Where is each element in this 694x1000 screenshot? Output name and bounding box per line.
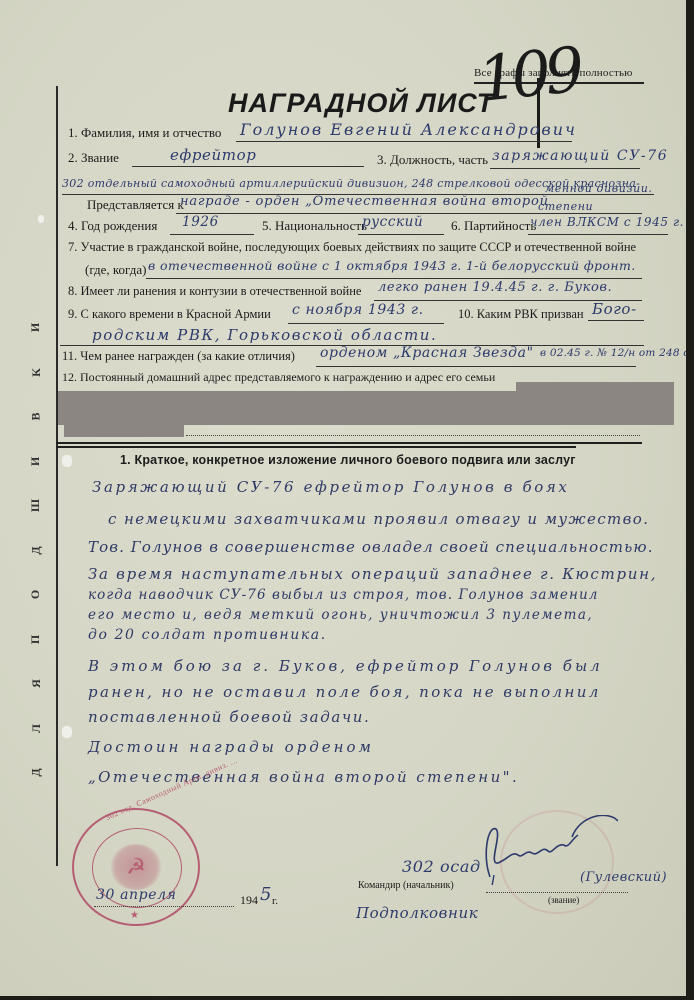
section-divider	[56, 446, 576, 448]
date-year-suffix: г.	[272, 895, 278, 907]
field-10-label: 10. Каким РВК призван	[458, 307, 584, 322]
address-redaction	[58, 391, 674, 425]
margin-letter: Я	[28, 679, 43, 688]
field-6-label: 6. Партийность	[451, 218, 536, 234]
margin-letter: И	[29, 456, 44, 465]
field-7-value: в отечественной войне с 1 октября 1943 г…	[148, 258, 636, 273]
rank-label: (звание)	[548, 895, 579, 905]
field-12-label: 12. Постоянный домашний адрес представля…	[62, 370, 495, 385]
field-6-value: член ВЛКСМ с 1945 г.	[530, 215, 684, 229]
field-10-value: Бого-	[592, 300, 637, 318]
field-11-note: в 02.45 г. № 12/н от 248 сд	[540, 347, 686, 359]
address-redaction	[64, 425, 184, 437]
field-1-underline	[236, 141, 572, 142]
field-2-value: ефрейтор	[170, 146, 256, 164]
field-7-label: 7. Участие в гражданской войне, последую…	[68, 240, 636, 255]
date-dotted-line	[94, 906, 234, 907]
field-9-label: 9. С какого времени в Красной Армии	[68, 307, 271, 322]
presented-label: Представляется к	[87, 197, 184, 213]
field-4-underline	[170, 234, 254, 235]
ussr-emblem-icon: ☭	[110, 844, 162, 890]
field-7-underline	[146, 278, 642, 279]
field-10-value-cont: родским РВК, Горьковской области.	[92, 326, 437, 344]
field-9-value: с ноября 1943 г.	[292, 302, 424, 318]
punch-hole	[62, 726, 72, 738]
field-5-label: 5. Национальность	[262, 218, 367, 234]
award-sheet-page: Д Л Я П О Д Ш И В К И Все графы заполнят…	[0, 0, 686, 996]
address-dotted-line	[186, 435, 640, 436]
field-2-label: 2. Звание	[68, 150, 119, 166]
margin-letter: К	[28, 368, 43, 377]
section-divider	[56, 442, 642, 444]
narrative-line: Заряжающий СУ-76 ефрейтор Голунов в боях	[92, 478, 569, 496]
narrative-line: Достоин награды орденом	[88, 738, 374, 756]
signature-line	[486, 892, 628, 893]
date-year-hand: 5	[260, 884, 272, 905]
margin-letter: Д	[28, 768, 43, 776]
field-1-label: 1. Фамилия, имя и отчество	[68, 125, 221, 141]
stamp-star-icon: ★	[130, 910, 139, 921]
field-7-label-where: (где, когда)	[85, 262, 146, 278]
rank-value: Подполковник	[356, 904, 478, 922]
margin-letter: О	[29, 590, 44, 599]
field-3-label: 3. Должность, часть	[377, 152, 488, 168]
section-title: 1. Краткое, конкретное изложение личного…	[120, 453, 576, 467]
presented-value: награде - орден „Отечественная война вто…	[180, 194, 549, 209]
narrative-line: когда наводчик СУ-76 выбыл из строя, тов…	[88, 587, 598, 603]
page-title: НАГРАДНОЙ ЛИСТ	[228, 88, 494, 119]
narrative-line: За время наступательных операций западне…	[88, 565, 657, 583]
binding-margin-label: Д Л Я П О Д Ш И В К И	[26, 320, 46, 780]
narrative-line: ранен, но не оставил поле боя, пока не в…	[88, 683, 601, 701]
field-9-underline	[288, 323, 444, 324]
binding-margin-line	[56, 86, 58, 866]
margin-letter: В	[28, 412, 43, 420]
field-11-label: 11. Чем ранее награжден (за какие отличи…	[62, 349, 295, 364]
narrative-line: В этом бою за г. Буков, ефрейтор Голунов…	[88, 657, 603, 675]
presented-value-cont: степени	[538, 200, 593, 213]
field-5-underline	[358, 234, 444, 235]
date-year-print: 194	[240, 893, 258, 908]
margin-letter: И	[29, 323, 44, 332]
field-3-underline	[490, 168, 640, 169]
official-stamp: ☭ 302 отд. Самоходный Арти. дивиз. ... ★	[72, 808, 200, 926]
margin-letter: Л	[28, 724, 43, 733]
field-8-value: легко ранен 19.4.45 г. г. Буков.	[378, 280, 612, 295]
narrative-line: до 20 солдат противника.	[88, 627, 327, 643]
margin-letter: П	[29, 634, 44, 643]
narrative-line: поставленной боевой задачи.	[88, 708, 370, 726]
narrative-line: его место и, ведя меткий огонь, уничтожи…	[88, 607, 593, 623]
narrative-line: „Отечественная война второй степени".	[88, 768, 519, 786]
punch-hole	[62, 455, 72, 467]
field-10-underline	[588, 320, 644, 321]
punch-hole	[38, 215, 44, 223]
field-11-value: орденом „Красная Звезда"	[320, 345, 534, 361]
field-4-value: 1926	[182, 214, 219, 230]
commander-label: Командир (начальник)	[358, 880, 454, 891]
commander-signature	[468, 815, 618, 885]
field-11-underline	[316, 366, 636, 367]
field-8-label: 8. Имеет ли ранения и контузии в отечест…	[68, 284, 361, 299]
field-3-value-cont2: менной дивизии.	[545, 182, 653, 195]
narrative-line: Тов. Голунов в совершенстве овладел свое…	[88, 538, 654, 556]
field-2-underline	[132, 166, 364, 167]
margin-letter: Ш	[29, 499, 44, 512]
margin-letter: Д	[28, 546, 43, 554]
field-1-value: Голунов Евгений Александрович	[240, 120, 577, 139]
field-5-value: русский	[362, 214, 423, 230]
narrative-line: с немецкими захватчиками проявил отвагу …	[108, 510, 649, 528]
date-handwritten: 30 апреля	[96, 887, 176, 903]
stamp-text: 302 отд. Самоходный Арти. дивиз. ...	[104, 756, 239, 823]
field-6-underline	[528, 234, 668, 235]
field-3-value: заряжающий СУ-76	[492, 148, 668, 164]
field-4-label: 4. Год рождения	[68, 218, 157, 234]
